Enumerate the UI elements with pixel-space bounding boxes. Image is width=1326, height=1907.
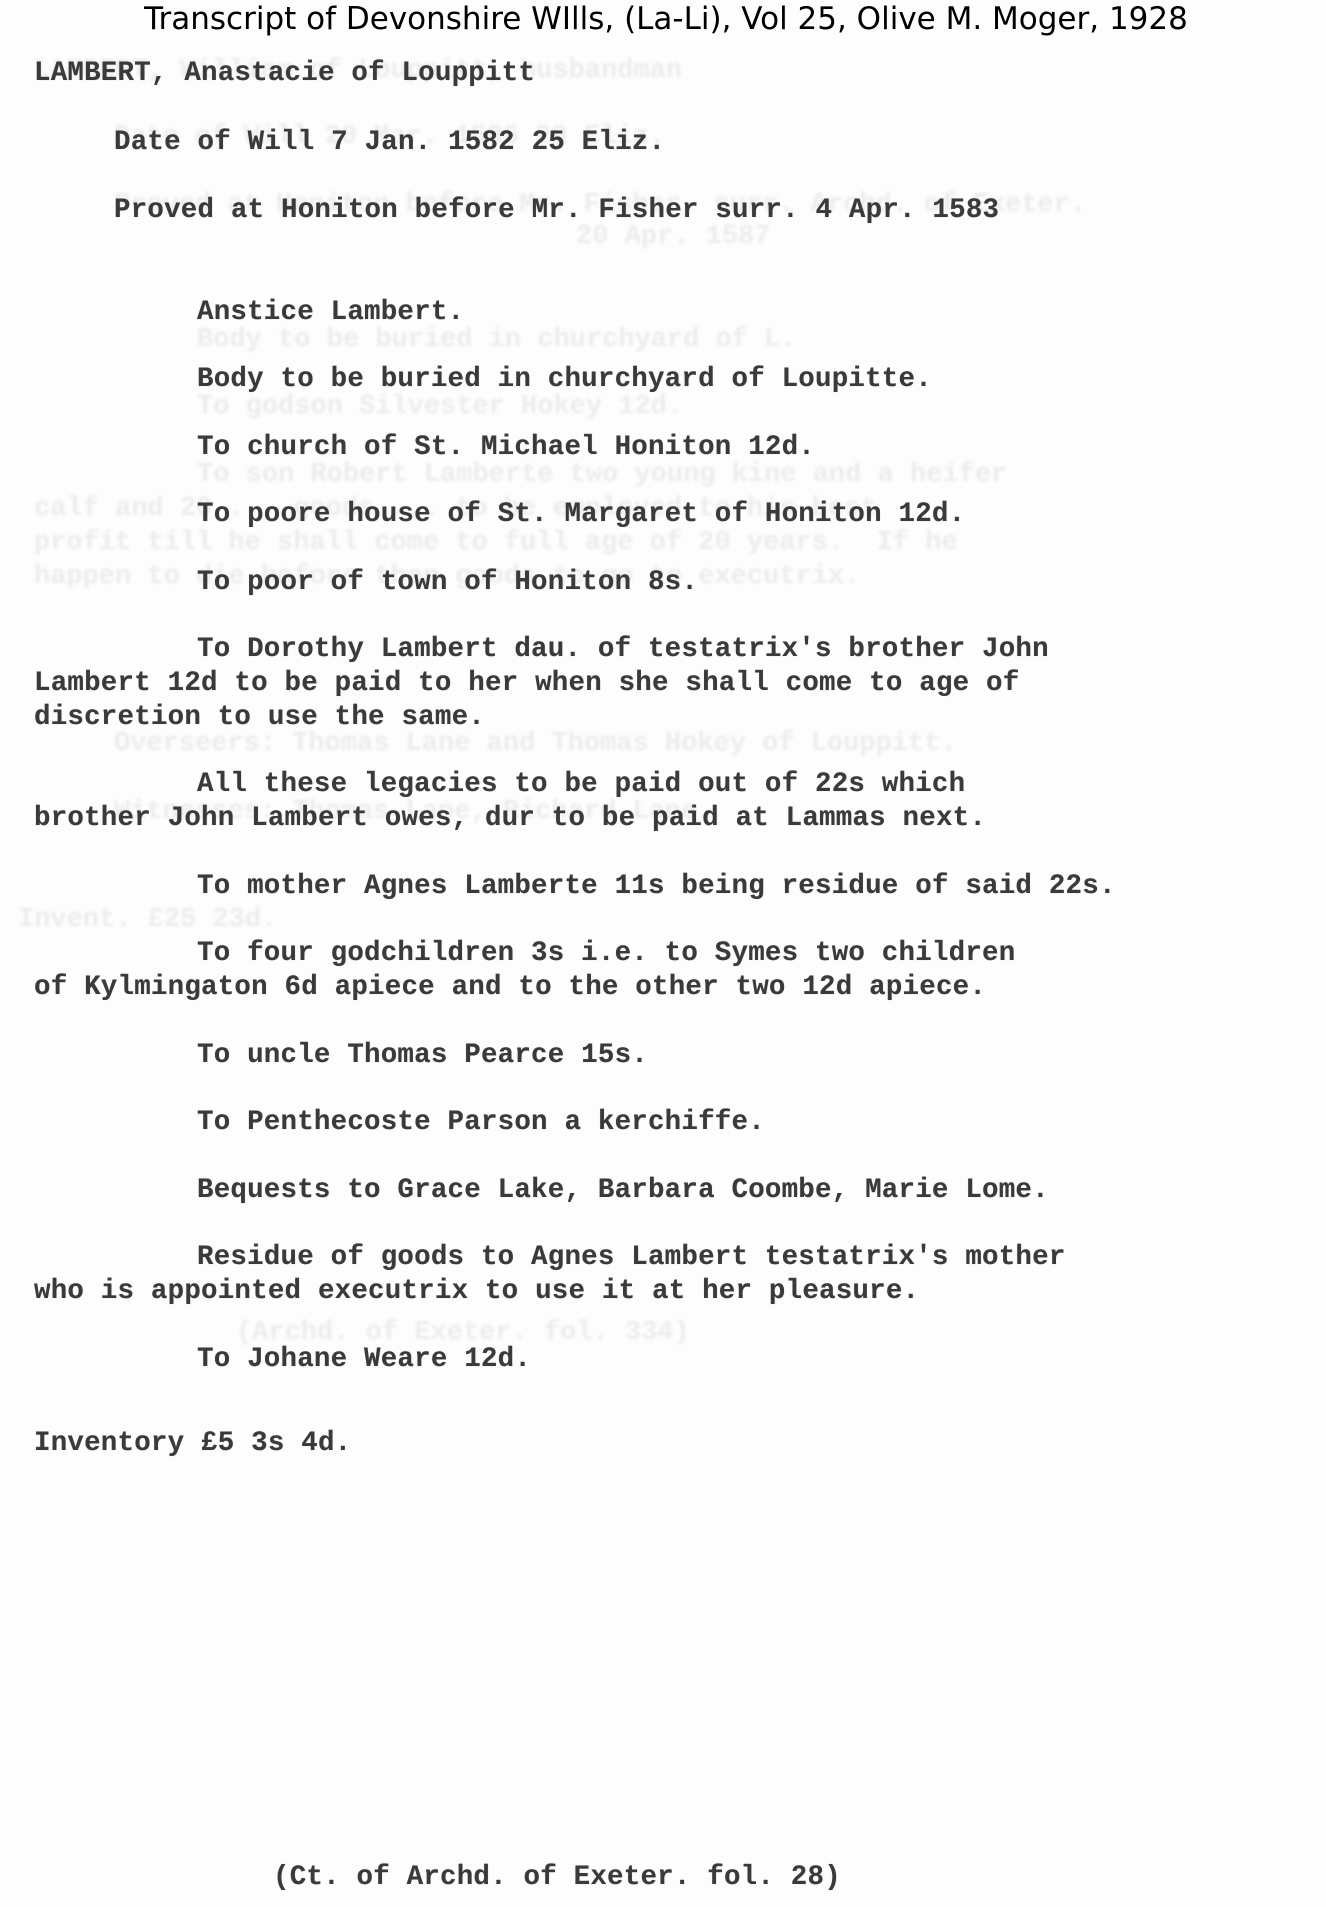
bleed-line: To godson Silvester Hokey 12d. xyxy=(197,392,683,422)
bleed-line: To son Robert Lamberte two young kine an… xyxy=(197,460,1007,490)
bequest-penthecoste: To Penthecoste Parson a kerchiffe. xyxy=(197,1107,765,1138)
bequest-godchildren-line: of Kylmingaton 6d apiece and to the othe… xyxy=(34,972,986,1003)
bequest-dorothy-line: Lambert 12d to be paid to her when she s… xyxy=(34,668,1019,699)
body-line: To poore house of St. Margaret of Honito… xyxy=(197,499,965,530)
date-of-will: Date of Will 7 Jan. 1582 25 Eliz. xyxy=(114,127,665,158)
legacies-source-line: All these legacies to be paid out of 22s… xyxy=(197,769,965,800)
bequests-others: Bequests to Grace Lake, Barbara Coombe, … xyxy=(197,1175,1049,1206)
bequest-uncle: To uncle Thomas Pearce 15s. xyxy=(197,1040,648,1071)
bequest-dorothy-line: To Dorothy Lambert dau. of testatrix's b… xyxy=(197,634,1049,665)
bleed-line: Overseers: Thomas Lane and Thomas Hokey … xyxy=(114,729,957,759)
archive-reference: (Ct. of Archd. of Exeter. fol. 28) xyxy=(273,1862,841,1893)
bleed-line: Body to be buried in churchyard of L. xyxy=(197,325,797,355)
bleed-line: Invent. £25 23d. xyxy=(18,905,277,935)
body-line: Anstice Lambert. xyxy=(197,297,464,328)
bequest-godchildren-line: To four godchildren 3s i.e. to Symes two… xyxy=(197,938,1015,969)
bleed-line: profit till he shall come to full age of… xyxy=(34,528,958,558)
probate-line: Proved at Honiton before Mr. Fisher surr… xyxy=(114,195,999,226)
document-page: LAMBERT, William of Louppitt, husbandman… xyxy=(0,0,1326,1907)
body-line: Body to be buried in churchyard of Loupi… xyxy=(197,364,932,395)
legacies-source-line: brother John Lambert owes, dur to be pai… xyxy=(34,803,986,834)
bequest-mother: To mother Agnes Lamberte 11s being resid… xyxy=(197,871,1116,902)
body-line: To church of St. Michael Honiton 12d. xyxy=(197,432,815,463)
body-line: To poor of town of Honiton 8s. xyxy=(197,567,698,598)
document-caption: Transcript of Devonshire WIlls, (La-Li),… xyxy=(0,0,1326,38)
bequest-dorothy-line: discretion to use the same. xyxy=(34,702,485,733)
testator-name: LAMBERT, Anastacie of Louppitt xyxy=(34,58,535,89)
inventory-value: Inventory £5 3s 4d. xyxy=(34,1428,351,1459)
bequest-johane: To Johane Weare 12d. xyxy=(197,1344,531,1375)
residue-line: Residue of goods to Agnes Lambert testat… xyxy=(197,1242,1066,1273)
residue-line: who is appointed executrix to use it at … xyxy=(34,1276,919,1307)
bleed-line: 20 Apr. 1587 xyxy=(576,222,770,252)
